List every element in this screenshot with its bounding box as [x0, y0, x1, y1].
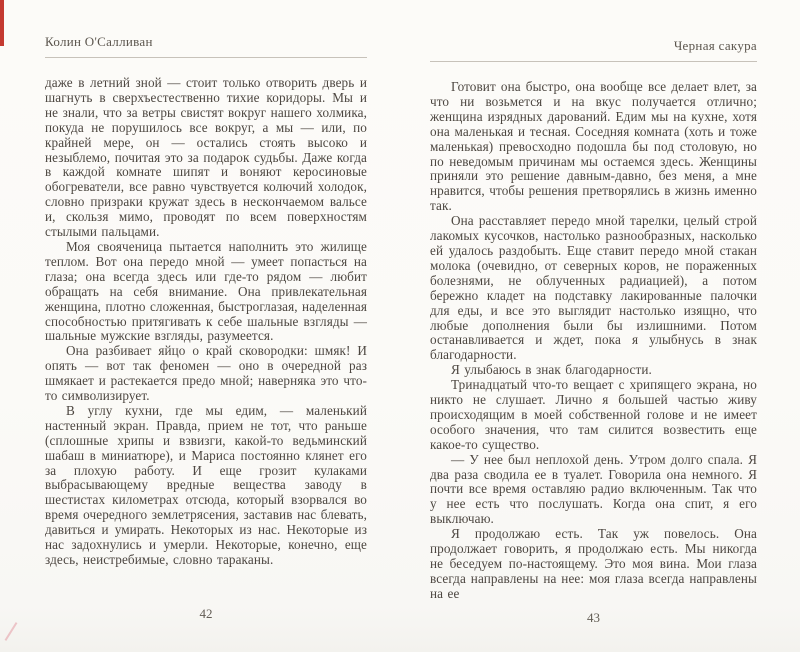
paragraph: Я продолжаю есть. Так уж повелось. Она п… — [430, 527, 757, 602]
paragraph: Тринадцатый что-то вещает с хрипящего эк… — [430, 378, 757, 453]
page-number-left: 42 — [45, 606, 367, 622]
paragraph: Готовит она быстро, она вообще все делае… — [430, 80, 757, 214]
paragraph: Моя свояченица пытается наполнить это жи… — [45, 240, 367, 344]
paragraph: Она разбивает яйцо о край сковородки: шм… — [45, 344, 367, 404]
paragraph: Она расставляет передо мной тарелки, цел… — [430, 214, 757, 363]
left-page-body: даже в летний зной — стоит только отвори… — [45, 76, 367, 568]
right-page-body: Готовит она быстро, она вообще все делае… — [430, 80, 757, 602]
page-number-right: 43 — [430, 610, 757, 626]
paragraph: Я улыбаюсь в знак благодарности. — [430, 363, 757, 378]
right-page: Черная сакура Готовит она быстро, она во… — [430, 38, 757, 602]
paragraph: даже в летний зной — стоит только отвори… — [45, 76, 367, 240]
paragraph: — У нее был неплохой день. Утром долго с… — [430, 453, 757, 528]
book-cover-edge-mark — [0, 0, 4, 46]
running-header-title: Черная сакура — [430, 38, 757, 62]
paragraph: В углу кухни, где мы едим, — маленький н… — [45, 404, 367, 568]
running-header-author: Колин О'Салливан — [45, 34, 367, 58]
left-page: Колин О'Салливан даже в летний зной — ст… — [45, 34, 367, 568]
